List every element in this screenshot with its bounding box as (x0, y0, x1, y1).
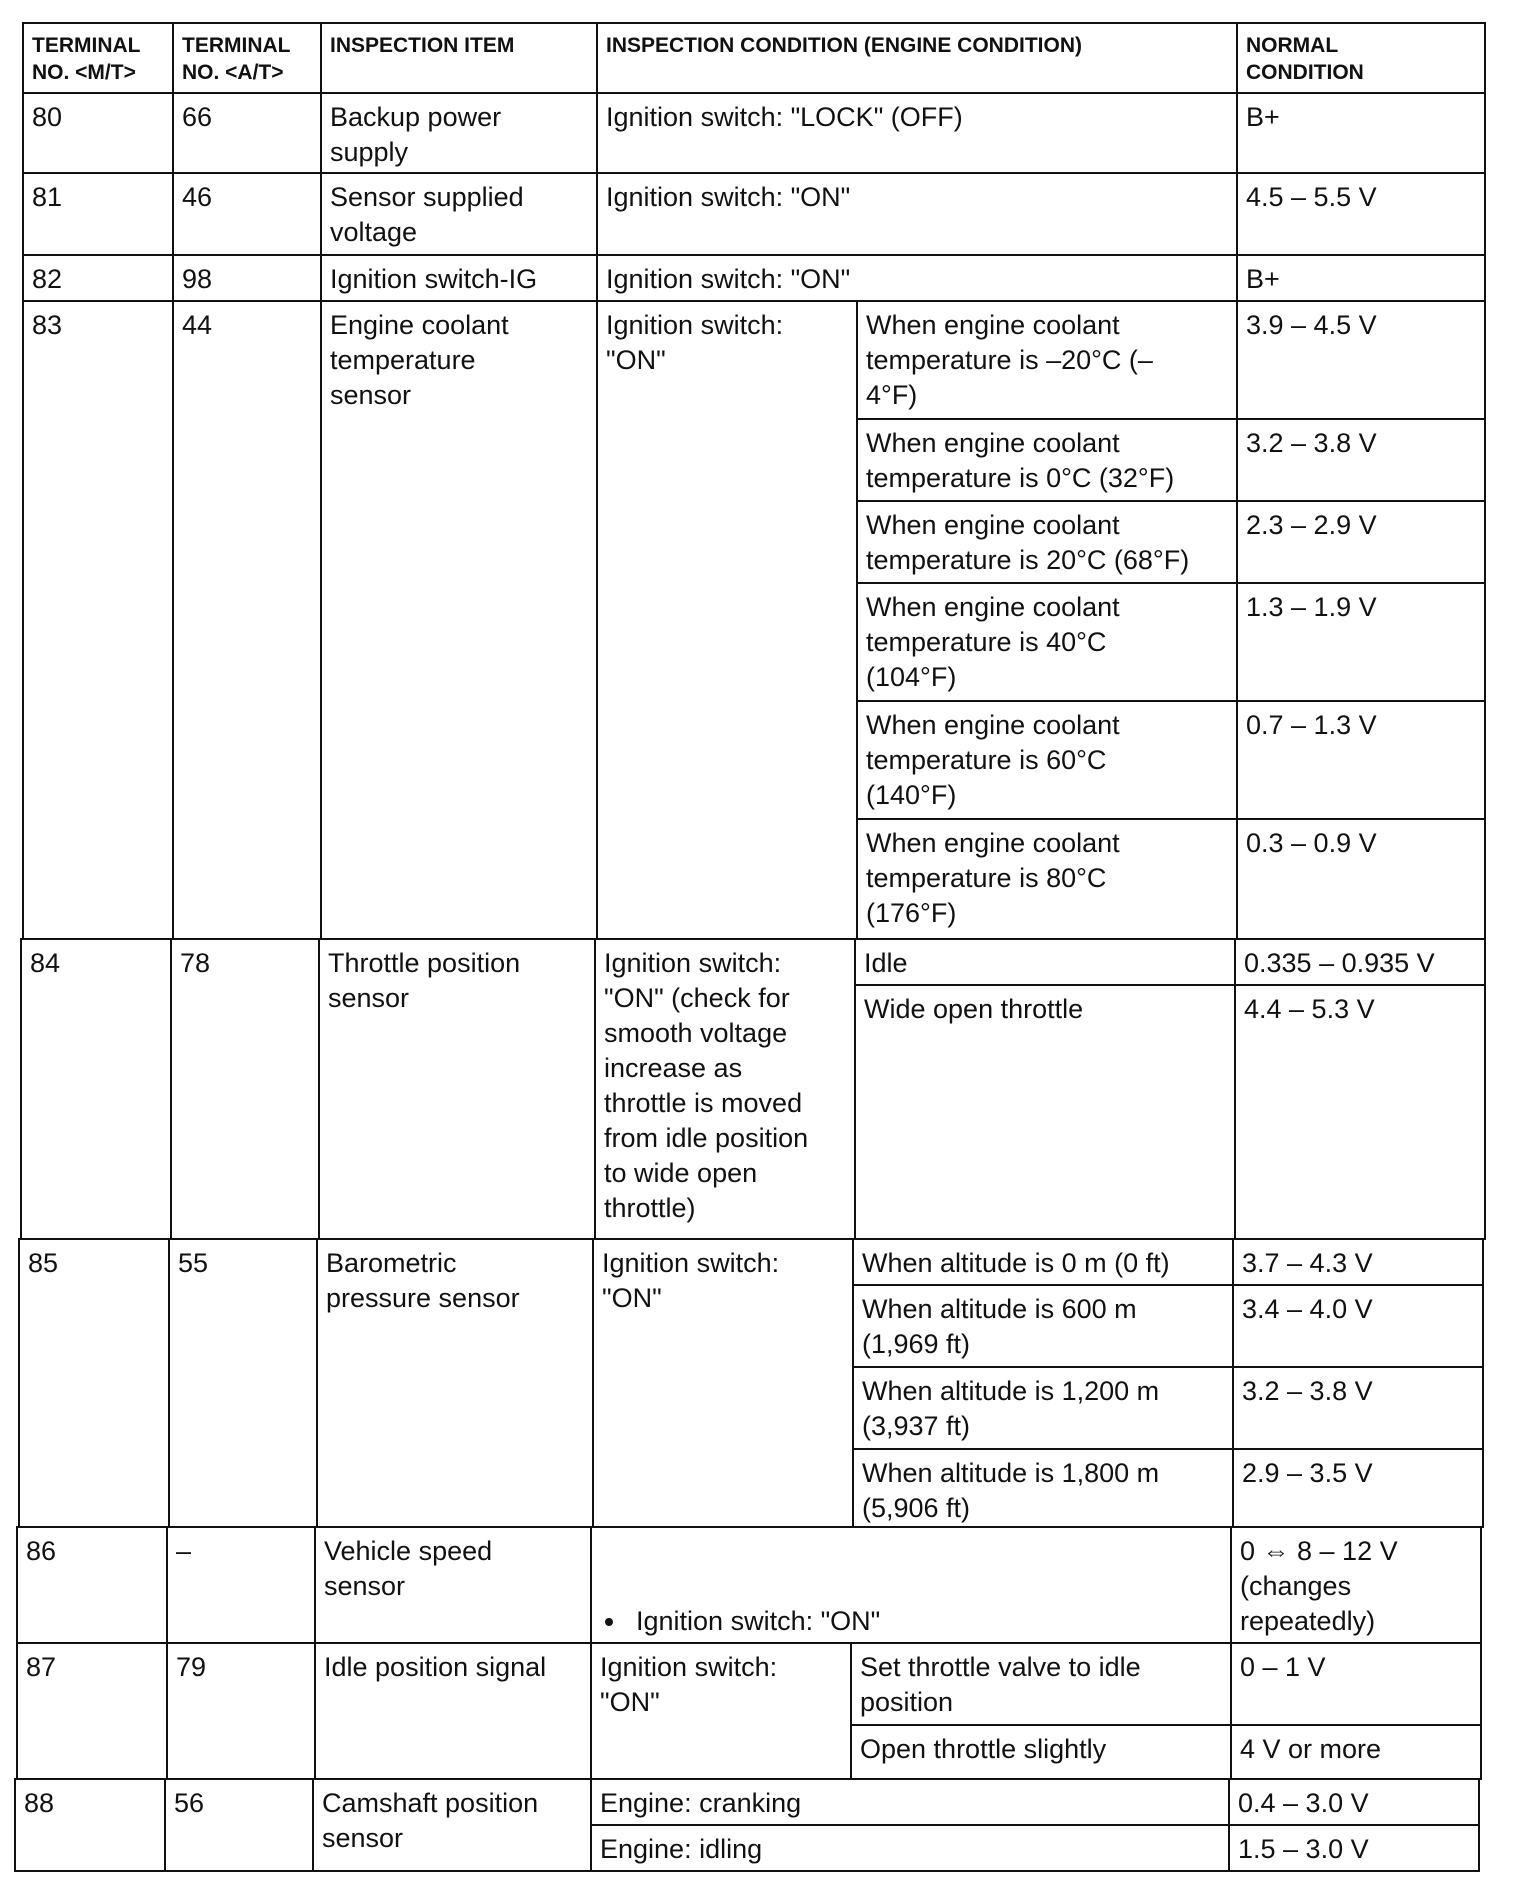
cell-item: Engine coolant temperature sensor (320, 300, 598, 940)
cell-sub-normal: 0 – 1 V (1230, 1642, 1482, 1726)
cell-at: – (166, 1526, 316, 1644)
cell-sub-condition: When engine coolant temperature is 40°C … (856, 582, 1238, 702)
cell-mt: 88 (14, 1778, 166, 1872)
cell-at: 44 (172, 300, 322, 940)
cell-mt: 85 (18, 1238, 170, 1528)
cell-sub-normal: 1.5 – 3.0 V (1228, 1824, 1480, 1872)
cell-normal: 4.5 – 5.5 V (1236, 172, 1486, 256)
cell-sub-normal: 4.4 – 5.3 V (1234, 984, 1486, 1240)
cell-sub-normal: 0.3 – 0.9 V (1236, 818, 1486, 940)
cell-item: Idle position signal (314, 1642, 592, 1780)
cell-sub-normal: 3.7 – 4.3 V (1232, 1238, 1484, 1286)
cell-sub-normal: 3.2 – 3.8 V (1236, 418, 1486, 502)
cell-item: Sensor supplied voltage (320, 172, 598, 256)
cell-condition: Ignition switch: "ON" (596, 300, 858, 940)
cell-sub-normal: 3.4 – 4.0 V (1232, 1284, 1484, 1368)
cell-sub-condition: When altitude is 600 m (1,969 ft) (852, 1284, 1234, 1368)
header-normal-condition: NORMAL CONDITION (1236, 22, 1486, 94)
cell-sub-normal: 2.9 – 3.5 V (1232, 1448, 1484, 1528)
header-inspection-item: INSPECTION ITEM (320, 22, 598, 94)
cell-item: Barometric pressure sensor (316, 1238, 594, 1528)
header-terminal-at: TERMINAL NO. <A/T> (172, 22, 322, 94)
cell-item: Backup power supply (320, 92, 598, 174)
cell-condition: Ignition switch: "ON" (596, 172, 1238, 256)
cell-sub-normal: 0.7 – 1.3 V (1236, 700, 1486, 820)
cell-normal: 0 ⇔ 8 – 12 V (changes repeatedly) (1230, 1526, 1482, 1644)
cell-sub-normal: 2.3 – 2.9 V (1236, 500, 1486, 584)
cell-mt: 81 (22, 172, 174, 256)
cell-condition: Ignition switch: "ON" (596, 254, 1238, 302)
cell-sub-condition: When engine coolant temperature is 60°C … (856, 700, 1238, 820)
cell-sub-condition: Engine: cranking (590, 1778, 1230, 1826)
cell-normal: B+ (1236, 92, 1486, 174)
cell-at: 98 (172, 254, 322, 302)
cell-sub-condition: When engine coolant temperature is 0°C (… (856, 418, 1238, 502)
cell-mt: 87 (16, 1642, 168, 1780)
cell-sub-condition: Set throttle valve to idle position (850, 1642, 1232, 1726)
cell-mt: 82 (22, 254, 174, 302)
cell-item: Ignition switch-IG (320, 254, 598, 302)
cell-sub-condition: Idle (854, 938, 1236, 986)
cell-at: 55 (168, 1238, 318, 1528)
cell-sub-normal: 4 V or more (1230, 1724, 1482, 1780)
cell-normal: B+ (1236, 254, 1486, 302)
cell-sub-condition: When engine coolant temperature is –20°C… (856, 300, 1238, 420)
cell-sub-condition: When engine coolant temperature is 80°C … (856, 818, 1238, 940)
cell-mt: 84 (20, 938, 172, 1240)
cell-mt: 80 (22, 92, 174, 174)
cell-at: 56 (164, 1778, 314, 1872)
cell-sub-condition: Engine: idling (590, 1824, 1230, 1872)
cell-at: 66 (172, 92, 322, 174)
cell-sub-normal: 3.9 – 4.5 V (1236, 300, 1486, 420)
cell-sub-normal: 1.3 – 1.9 V (1236, 582, 1486, 702)
cell-sub-condition: When altitude is 0 m (0 ft) (852, 1238, 1234, 1286)
cell-at: 46 (172, 172, 322, 256)
cell-condition: Ignition switch: "LOCK" (OFF) (596, 92, 1238, 174)
cell-sub-normal: 3.2 – 3.8 V (1232, 1366, 1484, 1450)
cell-item: Throttle position sensor (318, 938, 596, 1240)
bullet-item: Ignition switch: "ON" (628, 1604, 1222, 1639)
cell-condition-bullets: Ignition switch: "ON" Move the vehicle s… (590, 1526, 1232, 1644)
cell-sub-condition: When altitude is 1,200 m (3,937 ft) (852, 1366, 1234, 1450)
cell-mt: 86 (16, 1526, 168, 1644)
cell-at: 78 (170, 938, 320, 1240)
cell-mt: 83 (22, 300, 174, 940)
cell-item: Camshaft position sensor (312, 1778, 592, 1872)
cell-condition: Ignition switch: "ON" (592, 1238, 854, 1528)
cell-sub-normal: 0.335 – 0.935 V (1234, 938, 1486, 986)
cell-condition: Ignition switch: "ON" (590, 1642, 852, 1780)
cell-sub-condition: Open throttle slightly (850, 1724, 1232, 1780)
cell-sub-normal: 0.4 – 3.0 V (1228, 1778, 1480, 1826)
cell-at: 79 (166, 1642, 316, 1780)
cell-sub-condition: Wide open throttle (854, 984, 1236, 1240)
header-inspection-condition: INSPECTION CONDITION (ENGINE CONDITION) (596, 22, 1238, 94)
cell-sub-condition: When altitude is 1,800 m (5,906 ft) (852, 1448, 1234, 1528)
header-terminal-mt: TERMINAL NO. <M/T> (22, 22, 174, 94)
cell-sub-condition: When engine coolant temperature is 20°C … (856, 500, 1238, 584)
cell-condition: Ignition switch: "ON" (check for smooth … (594, 938, 856, 1240)
cell-item: Vehicle speed sensor (314, 1526, 592, 1644)
